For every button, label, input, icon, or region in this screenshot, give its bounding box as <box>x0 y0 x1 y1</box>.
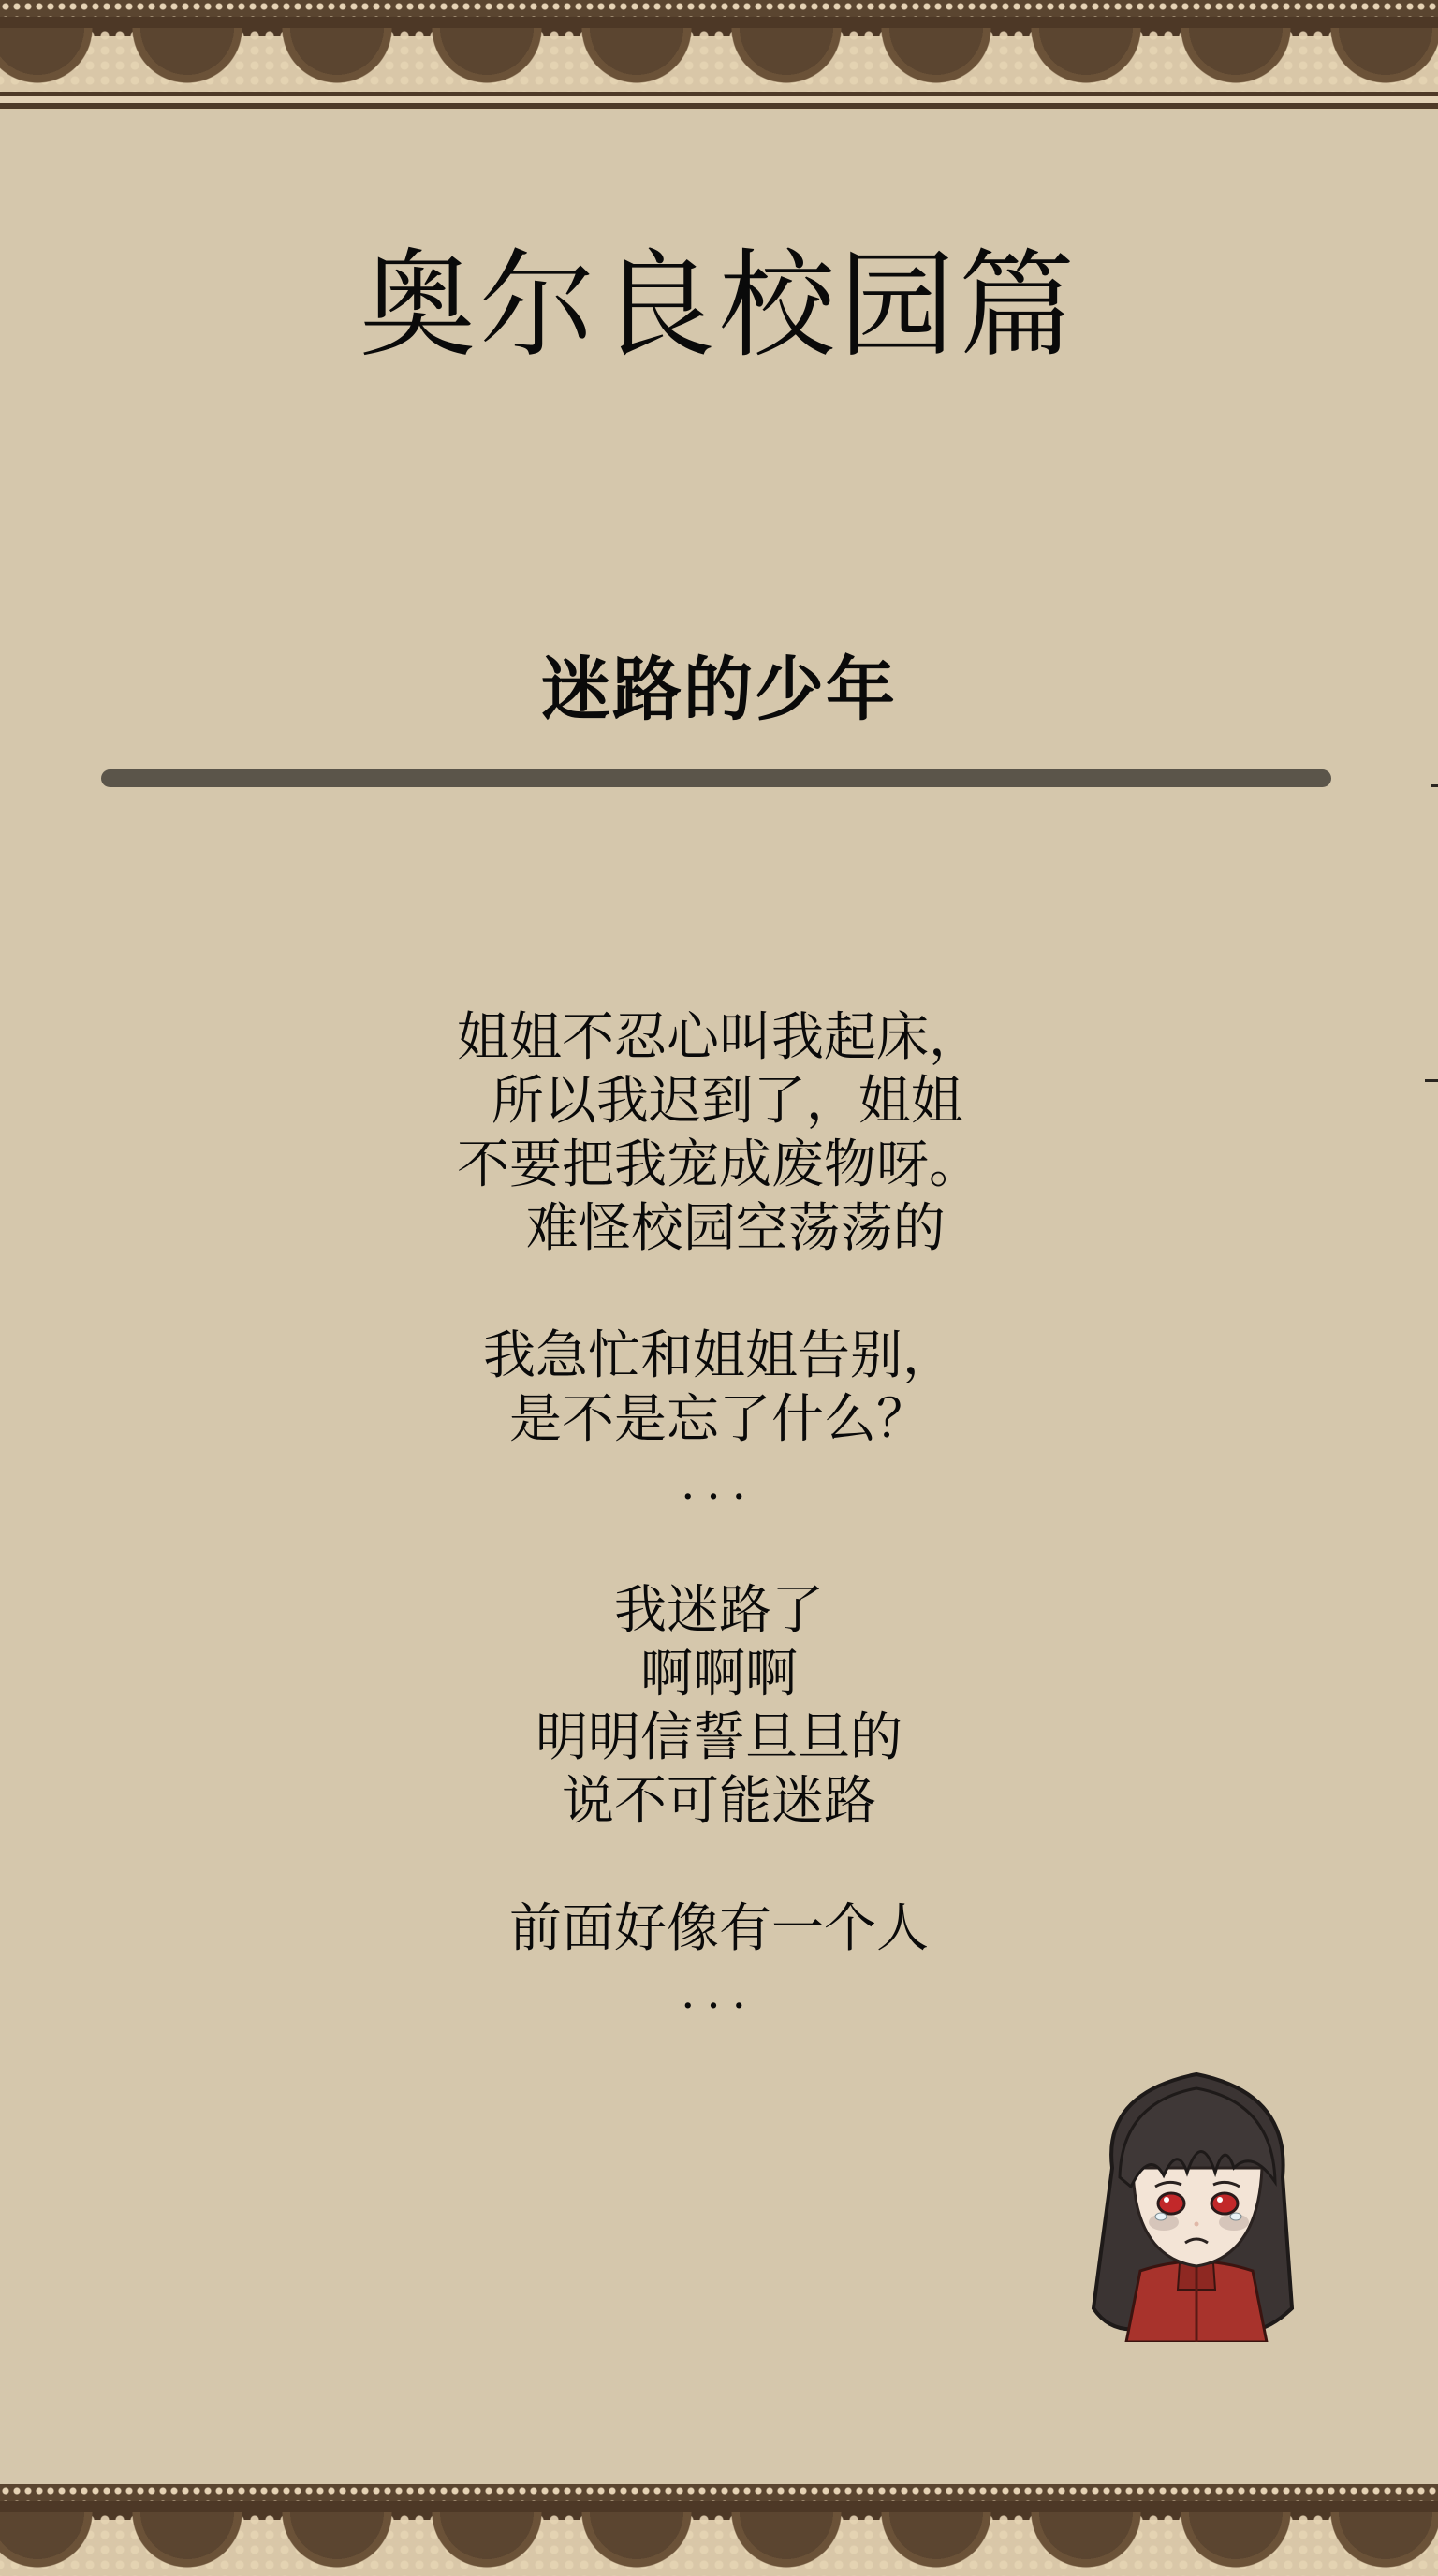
ellipsis-line: ... <box>0 1452 1438 1515</box>
story-line: 是不是忘了什么？ <box>0 1388 1438 1452</box>
crying-girl-portrait-icon <box>1075 2056 1318 2342</box>
chapter-subtitle: 迷路的少年 <box>0 655 1438 724</box>
story-text: 姐姐不忍心叫我起床， 所以我迟到了，姐姐 不要把我宠成废物呀。 难怪校园空荡荡的… <box>0 1006 1438 2025</box>
ellipsis-line: ... <box>0 1961 1438 2025</box>
story-line: 所以我迟到了，姐姐 <box>0 1070 1438 1134</box>
story-line: 说不可能迷路 <box>0 1770 1438 1834</box>
edge-mark <box>1431 784 1438 787</box>
title-divider <box>101 769 1331 787</box>
story-line: 不要把我宠成废物呀。 <box>0 1134 1438 1197</box>
stanza-gap <box>0 1261 1438 1325</box>
story-line: 明明信誓旦旦的 <box>0 1706 1438 1770</box>
story-line: 我急忙和姐姐告别， <box>0 1325 1438 1388</box>
story-line: 前面好像有一个人 <box>0 1897 1438 1961</box>
edge-mark <box>1425 1079 1438 1082</box>
stanza-gap <box>0 1834 1438 1897</box>
stanza-gap <box>0 1515 1438 1579</box>
lace-border-top <box>0 0 1438 110</box>
story-line: 姐姐不忍心叫我起床， <box>0 1006 1438 1070</box>
story-line: 啊啊啊 <box>0 1643 1438 1706</box>
story-line: 我迷路了 <box>0 1579 1438 1643</box>
lace-border-bottom <box>0 2484 1438 2576</box>
chapter-title: 奥尔良校园篇 <box>0 248 1438 364</box>
story-page: 奥尔良校园篇 迷路的少年 姐姐不忍心叫我起床， 所以我迟到了，姐姐 不要把我宠成… <box>0 0 1438 2576</box>
story-line: 难怪校园空荡荡的 <box>0 1197 1438 1261</box>
